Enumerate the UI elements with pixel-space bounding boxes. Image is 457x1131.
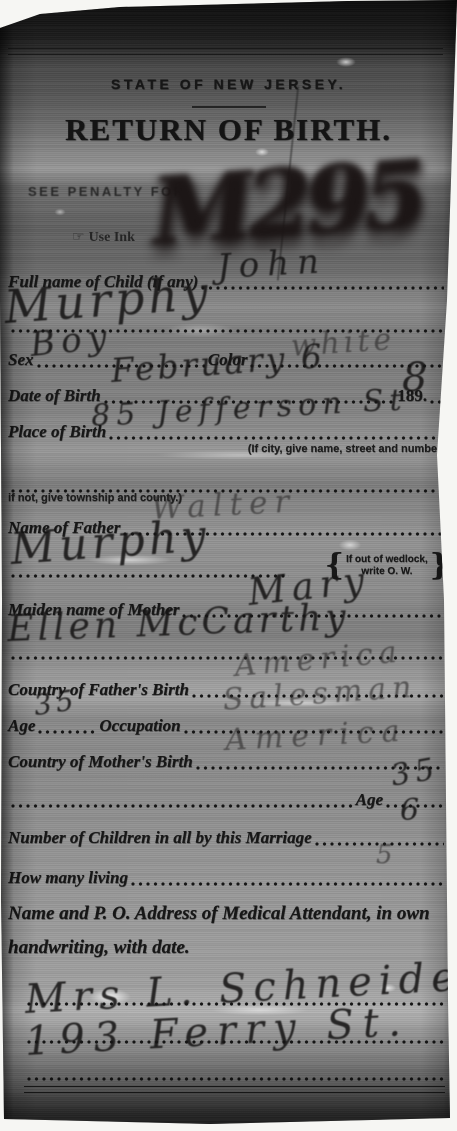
handwritten-sex: Boy xyxy=(28,320,114,362)
father-age-label: Age xyxy=(8,716,35,736)
handwritten-children-total: 6 xyxy=(400,796,419,826)
bottom-double-rule xyxy=(24,1086,445,1093)
attendant-label-line2-row: handwriting, with date. xyxy=(8,937,447,959)
handwritten-birth-date: February 6 xyxy=(110,339,326,387)
brace-close: } xyxy=(430,548,449,583)
attendant-label-line2: handwriting, with date. xyxy=(8,937,190,959)
mother-age-label: Age xyxy=(356,790,383,810)
attendant-label-line1: Name and P. O. Address of Medical Attend… xyxy=(8,903,430,925)
children-total-label: Number of Children in all by this Marria… xyxy=(8,828,312,848)
dotted-leader xyxy=(38,729,96,735)
handwritten-mother-maiden-name: Ellen McCarthy xyxy=(7,600,351,648)
handwritten-mother-country: America xyxy=(224,716,408,756)
dotted-leader xyxy=(27,1076,444,1082)
dotted-leader xyxy=(109,435,444,441)
pointing-hand-icon: ☞ xyxy=(72,229,85,245)
ink-instruction-text: Use Ink xyxy=(89,230,135,245)
field-children-living: How many living xyxy=(8,868,447,890)
field-mother-age: Age xyxy=(8,790,447,812)
date-of-birth-label: Date of Birth xyxy=(8,386,101,406)
city-note: (If city, give name, street and number; xyxy=(248,443,445,455)
mother-country-label: Country of Mother's Birth xyxy=(8,752,193,772)
handwritten-child-first-name: John xyxy=(216,244,328,284)
handwritten-children-living: 5 xyxy=(376,842,393,868)
dotted-leader xyxy=(430,399,444,405)
children-living-label: How many living xyxy=(8,868,128,888)
top-double-rule xyxy=(8,48,443,55)
occupation-label: Occupation xyxy=(99,716,180,736)
scanned-birth-record: STATE OF NEW JERSEY. RETURN OF BIRTH. SE… xyxy=(0,0,457,1131)
attendant-label-line1-row: Name and P. O. Address of Medical Attend… xyxy=(8,903,447,925)
header-divider xyxy=(192,106,266,108)
dotted-leader xyxy=(11,803,353,809)
ink-instruction: ☞Use Ink xyxy=(72,229,135,246)
handwritten-mother-age: 35 xyxy=(389,754,442,792)
paper-scan: STATE OF NEW JERSEY. RETURN OF BIRTH. SE… xyxy=(0,0,457,1131)
attendant-dots-3 xyxy=(24,1063,447,1085)
sex-label: Sex xyxy=(8,350,34,370)
handwritten-father-age: 35 xyxy=(32,686,79,720)
state-heading: STATE OF NEW JERSEY. xyxy=(0,76,457,92)
dotted-leader xyxy=(131,881,444,887)
